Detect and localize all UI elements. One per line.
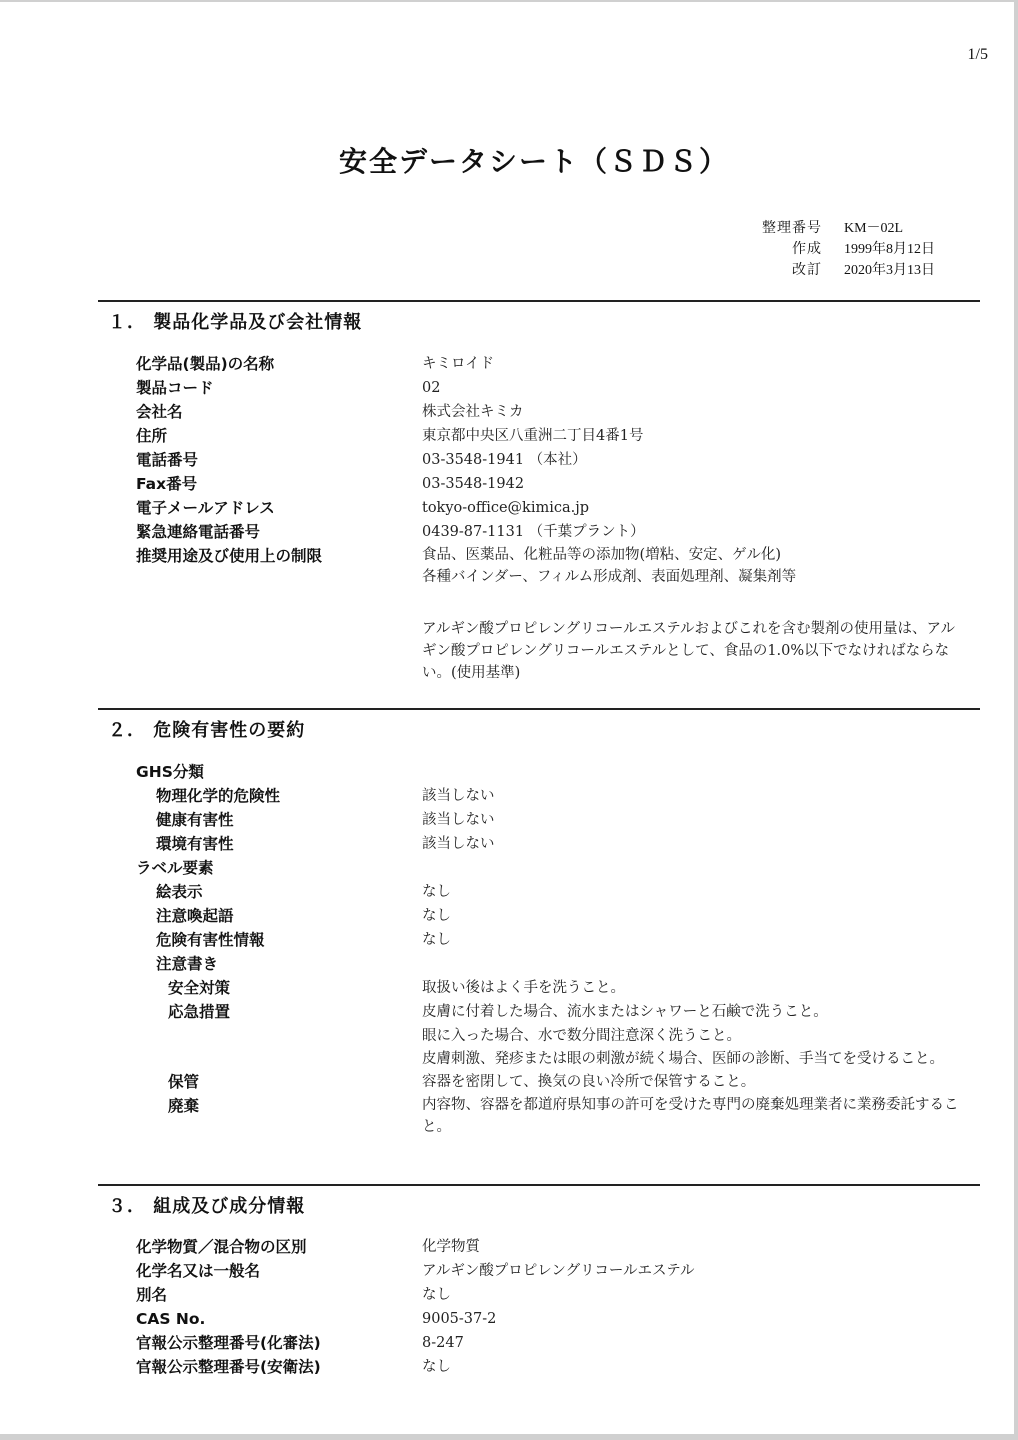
- field-value: 03-3548-1941 （本社）: [422, 448, 982, 472]
- field-value: なし: [422, 880, 982, 904]
- field-row: 緊急連絡電話番号0439-87-1131 （千葉プラント）: [136, 520, 982, 544]
- field-label: 廃棄: [136, 1094, 422, 1138]
- field-label: 絵表示: [136, 880, 422, 904]
- field-value: 皮膚刺激、発疹または眼の刺激が続く場合、医師の診断、手当てを受けること。: [422, 1048, 982, 1070]
- section-heading: ２． 危険有害性の要約: [108, 716, 980, 742]
- field-label: 推奨用途及び使用上の制限: [136, 544, 422, 588]
- field-value-line: 各種バインダー、フィルム形成剤、表面処理剤、凝集剤等: [422, 566, 982, 588]
- field-value: [422, 856, 982, 880]
- field-row: 別名なし: [136, 1283, 982, 1307]
- field-value: 株式会社キミカ: [422, 400, 982, 424]
- field-row: 環境有害性該当しない: [136, 832, 982, 856]
- field-row: 応急措置皮膚に付着した場合、流水またはシャワーと石鹸で洗うこと。: [136, 1000, 982, 1024]
- meta-row-revised: 改訂 2020年3月13日: [740, 260, 935, 281]
- section-1-header: １． 製品化学品及び会社情報: [98, 300, 980, 334]
- field-row: 会社名株式会社キミカ: [136, 400, 982, 424]
- field-row: 眼に入った場合、水で数分間注意深く洗うこと。: [136, 1024, 982, 1048]
- field-label: 物理化学的危険性: [136, 784, 422, 808]
- field-row: 注意喚起語なし: [136, 904, 982, 928]
- field-value: 9005-37-2: [422, 1307, 982, 1331]
- section-2-header: ２． 危険有害性の要約: [98, 708, 980, 742]
- field-value: 内容物、容器を都道府県知事の許可を受けた専門の廃棄処理業者に業務委託すること。: [422, 1094, 972, 1138]
- section-2-rows: GHS分類 物理化学的危険性該当しない 健康有害性該当しない 環境有害性該当しな…: [136, 760, 982, 1138]
- field-label: 化学物質／混合物の区別: [136, 1235, 422, 1259]
- field-label: 安全対策: [136, 976, 422, 1000]
- field-row: 健康有害性該当しない: [136, 808, 982, 832]
- field-value: 東京都中央区八重洲二丁目4番1号: [422, 424, 982, 448]
- field-label: 製品コード: [136, 376, 422, 400]
- field-label: 注意書き: [136, 952, 422, 976]
- field-label: [136, 1048, 422, 1070]
- document-title: 安全データシート（ＳＤＳ）: [0, 140, 1014, 180]
- field-row: 廃棄内容物、容器を都道府県知事の許可を受けた専門の廃棄処理業者に業務委託すること…: [136, 1094, 982, 1138]
- field-label: 化学名又は一般名: [136, 1259, 422, 1283]
- field-row: 化学物質／混合物の区別化学物質: [136, 1235, 982, 1259]
- field-value: 該当しない: [422, 832, 982, 856]
- field-label: CAS No.: [136, 1307, 422, 1331]
- field-row: 電話番号03-3548-1941 （本社）: [136, 448, 982, 472]
- field-label: 危険有害性情報: [136, 928, 422, 952]
- field-value: 02: [422, 376, 982, 400]
- section-heading: ３． 組成及び成分情報: [108, 1192, 980, 1218]
- field-value: なし: [422, 1283, 982, 1307]
- meta-row-reference-number: 整理番号 KM－02L: [740, 218, 935, 239]
- document-meta: 整理番号 KM－02L 作成 1999年8月12日 改訂 2020年3月13日: [740, 218, 935, 281]
- field-row: ラベル要素: [136, 856, 982, 880]
- field-label: 会社名: [136, 400, 422, 424]
- field-value: [422, 952, 982, 976]
- field-row: 化学名又は一般名アルギン酸プロピレングリコールエステル: [136, 1259, 982, 1283]
- meta-value: 2020年3月13日: [844, 260, 935, 281]
- usage-note-row: アルギン酸プロピレングリコールエステルおよびこれを含む製剤の使用量は、アルギン酸…: [136, 618, 982, 684]
- field-value: 化学物質: [422, 1235, 982, 1259]
- field-label: 注意喚起語: [136, 904, 422, 928]
- field-row: GHS分類: [136, 760, 982, 784]
- field-label: 保管: [136, 1070, 422, 1094]
- usage-note: アルギン酸プロピレングリコールエステルおよびこれを含む製剤の使用量は、アルギン酸…: [422, 618, 962, 684]
- field-row: CAS No.9005-37-2: [136, 1307, 982, 1331]
- field-value: アルギン酸プロピレングリコールエステル: [422, 1259, 982, 1283]
- field-label: 住所: [136, 424, 422, 448]
- field-label: 官報公示整理番号(化審法): [136, 1331, 422, 1355]
- meta-label: 整理番号: [740, 218, 844, 239]
- field-label: ラベル要素: [136, 856, 422, 880]
- field-label: 応急措置: [136, 1000, 422, 1024]
- field-row: 注意書き: [136, 952, 982, 976]
- field-row: 物理化学的危険性該当しない: [136, 784, 982, 808]
- field-row: 官報公示整理番号(化審法)8-247: [136, 1331, 982, 1355]
- field-label: 健康有害性: [136, 808, 422, 832]
- field-label: 官報公示整理番号(安衛法): [136, 1355, 422, 1379]
- field-row: 絵表示なし: [136, 880, 982, 904]
- field-value: 該当しない: [422, 784, 982, 808]
- field-label: 電話番号: [136, 448, 422, 472]
- field-row: 電子メールアドレスtokyo-office@kimica.jp: [136, 496, 982, 520]
- field-value: キミロイド: [422, 352, 982, 376]
- field-label: [136, 1024, 422, 1048]
- field-row: 製品コード02: [136, 376, 982, 400]
- field-value-line: 食品、医薬品、化粧品等の添加物(増粘、安定、ゲル化): [422, 544, 982, 566]
- meta-value: 1999年8月12日: [844, 239, 935, 260]
- field-row: 住所東京都中央区八重洲二丁目4番1号: [136, 424, 982, 448]
- meta-row-created: 作成 1999年8月12日: [740, 239, 935, 260]
- field-value: 取扱い後はよく手を洗うこと。: [422, 976, 982, 1000]
- field-value: なし: [422, 904, 982, 928]
- field-value: 眼に入った場合、水で数分間注意深く洗うこと。: [422, 1024, 982, 1048]
- section-3-rows: 化学物質／混合物の区別化学物質 化学名又は一般名アルギン酸プロピレングリコールエ…: [136, 1235, 982, 1379]
- field-row: 保管容器を密閉して、換気の良い冷所で保管すること。: [136, 1070, 982, 1094]
- field-value: 容器を密閉して、換気の良い冷所で保管すること。: [422, 1070, 982, 1094]
- field-value: なし: [422, 928, 982, 952]
- field-label: 別名: [136, 1283, 422, 1307]
- page-number: 1/5: [968, 46, 988, 64]
- meta-label: 改訂: [740, 260, 844, 281]
- field-row: 化学品(製品)の名称キミロイド: [136, 352, 982, 376]
- field-label: Fax番号: [136, 472, 422, 496]
- field-value: 8-247: [422, 1331, 982, 1355]
- field-label: 電子メールアドレス: [136, 496, 422, 520]
- field-row: 皮膚刺激、発疹または眼の刺激が続く場合、医師の診断、手当てを受けること。: [136, 1048, 982, 1070]
- field-row: 推奨用途及び使用上の制限 食品、医薬品、化粧品等の添加物(増粘、安定、ゲル化) …: [136, 544, 982, 588]
- section-divider: [98, 300, 980, 302]
- field-label: 化学品(製品)の名称: [136, 352, 422, 376]
- field-value: tokyo-office@kimica.jp: [422, 496, 982, 520]
- section-1-rows: 化学品(製品)の名称キミロイド 製品コード02 会社名株式会社キミカ 住所東京都…: [136, 352, 982, 684]
- field-value: なし: [422, 1355, 982, 1379]
- field-value: 03-3548-1942: [422, 472, 982, 496]
- field-value: 皮膚に付着した場合、流水またはシャワーと石鹸で洗うこと。: [422, 1000, 982, 1024]
- meta-value: KM－02L: [844, 218, 903, 239]
- field-value: 食品、医薬品、化粧品等の添加物(増粘、安定、ゲル化) 各種バインダー、フィルム形…: [422, 544, 982, 588]
- meta-label: 作成: [740, 239, 844, 260]
- field-row: Fax番号03-3548-1942: [136, 472, 982, 496]
- field-value: 0439-87-1131 （千葉プラント）: [422, 520, 982, 544]
- document-page: 1/5 安全データシート（ＳＤＳ） 整理番号 KM－02L 作成 1999年8月…: [0, 2, 1014, 1434]
- section-divider: [98, 708, 980, 710]
- field-label: GHS分類: [136, 760, 422, 784]
- field-value: [422, 760, 982, 784]
- field-row: 安全対策取扱い後はよく手を洗うこと。: [136, 976, 982, 1000]
- section-heading: １． 製品化学品及び会社情報: [108, 308, 980, 334]
- field-row: 官報公示整理番号(安衛法)なし: [136, 1355, 982, 1379]
- field-value: 該当しない: [422, 808, 982, 832]
- field-label: 緊急連絡電話番号: [136, 520, 422, 544]
- field-row: 危険有害性情報なし: [136, 928, 982, 952]
- field-label: 環境有害性: [136, 832, 422, 856]
- section-divider: [98, 1184, 980, 1186]
- section-3-header: ３． 組成及び成分情報: [98, 1184, 980, 1218]
